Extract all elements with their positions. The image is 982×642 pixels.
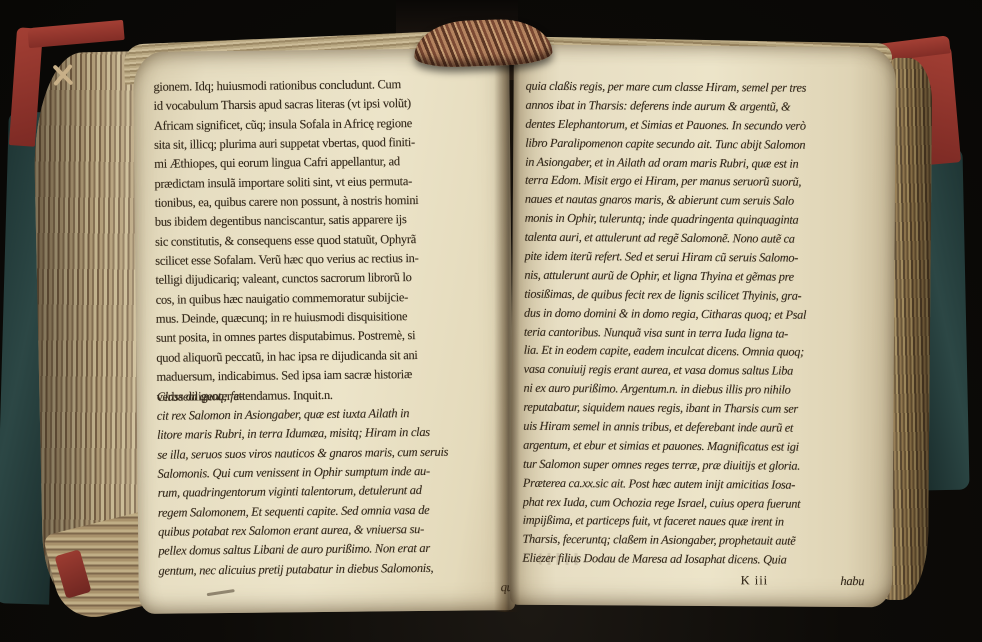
text-line: tur Salomon super omnes reges terræ, præ… bbox=[523, 455, 881, 476]
text-line: impijßima, et particeps fuit, vt faceret… bbox=[523, 511, 881, 532]
text-line: phat rex Iuda, cum Ochozia rege Israel, … bbox=[523, 492, 881, 513]
text-line: quia claßis regis, per mare cum classe H… bbox=[526, 77, 884, 98]
text-line: annos ibat in Tharsis: deferens inde aur… bbox=[525, 96, 883, 117]
text-line: pite idem iterũ refert. Sed et serui Hir… bbox=[524, 247, 882, 268]
text-line: naues et nautas gnaros maris, & abierunt… bbox=[525, 190, 883, 211]
text-line: reputabatur, siquidem naues regis, ibant… bbox=[523, 398, 881, 419]
ghost-numerals bbox=[538, 553, 582, 565]
endband-tassel bbox=[50, 62, 76, 88]
book-cover-red-top-left bbox=[27, 20, 124, 48]
text-line: tiosißimas, de quibus fecit rex de ligni… bbox=[524, 285, 882, 306]
gutter-shadow bbox=[494, 46, 520, 612]
text-line: argentum, et ebur et simias et pauones. … bbox=[523, 436, 881, 457]
right-page-text: quia claßis regis, per mare cum classe H… bbox=[522, 77, 883, 571]
photo-background: gionem. Idq; huiusmodi rationibus conclu… bbox=[0, 0, 982, 642]
gathering-signature: K iii bbox=[741, 571, 769, 590]
text-line: ni ex auro purißimo. Argentum.n. in dieb… bbox=[523, 379, 881, 400]
text-line: libro Paralipomenon capite secundo ait. … bbox=[525, 133, 883, 154]
text-line: terra Edom. Misit ergo ei Hiram, per man… bbox=[525, 171, 883, 192]
text-line: lia. Et in eodem capite, eadem inculcat … bbox=[524, 341, 882, 362]
left-page-catchword: quia bbox=[159, 578, 509, 601]
text-line: talenta auri, et attulerunt ad regẽ Salo… bbox=[525, 228, 883, 249]
text-line: gentum, nec alicuius pretij putabatur in… bbox=[158, 558, 508, 581]
right-page-signature-row: K iii habu bbox=[522, 570, 880, 591]
text-line: in Asiongaber, et in Ailath ad oram mari… bbox=[525, 152, 883, 173]
text-line: nis, attulerunt aurũ de Ophir, et ligna … bbox=[524, 266, 882, 287]
text-line: monis in Ophir, tuleruntq; inde quadring… bbox=[525, 209, 883, 230]
right-page: quia claßis regis, per mare cum classe H… bbox=[510, 45, 896, 608]
catchword-text: habu bbox=[840, 572, 864, 591]
text-line: Præterea ca.xx.sic ait. Post hæc autem i… bbox=[523, 473, 881, 494]
text-line: dentes Elephantorum, et Simias et Pauone… bbox=[525, 115, 883, 136]
text-line: vasa conuiuij regis erant aurea, et vasa… bbox=[524, 360, 882, 381]
text-line: teria cantoribus. Nunquã visa sunt in te… bbox=[524, 322, 882, 343]
left-page-text: gionem. Idq; huiusmodi rationibus conclu… bbox=[153, 74, 508, 581]
left-page: gionem. Idq; huiusmodi rationibus conclu… bbox=[133, 48, 515, 614]
text-line: dus in domo domini & in domo regia, Cith… bbox=[524, 303, 882, 324]
text-line: Tharsis, feceruntq; claßem in Asiongaber… bbox=[522, 530, 880, 551]
text-line: uis Hiram semel in annis tribus, et defe… bbox=[523, 417, 881, 438]
